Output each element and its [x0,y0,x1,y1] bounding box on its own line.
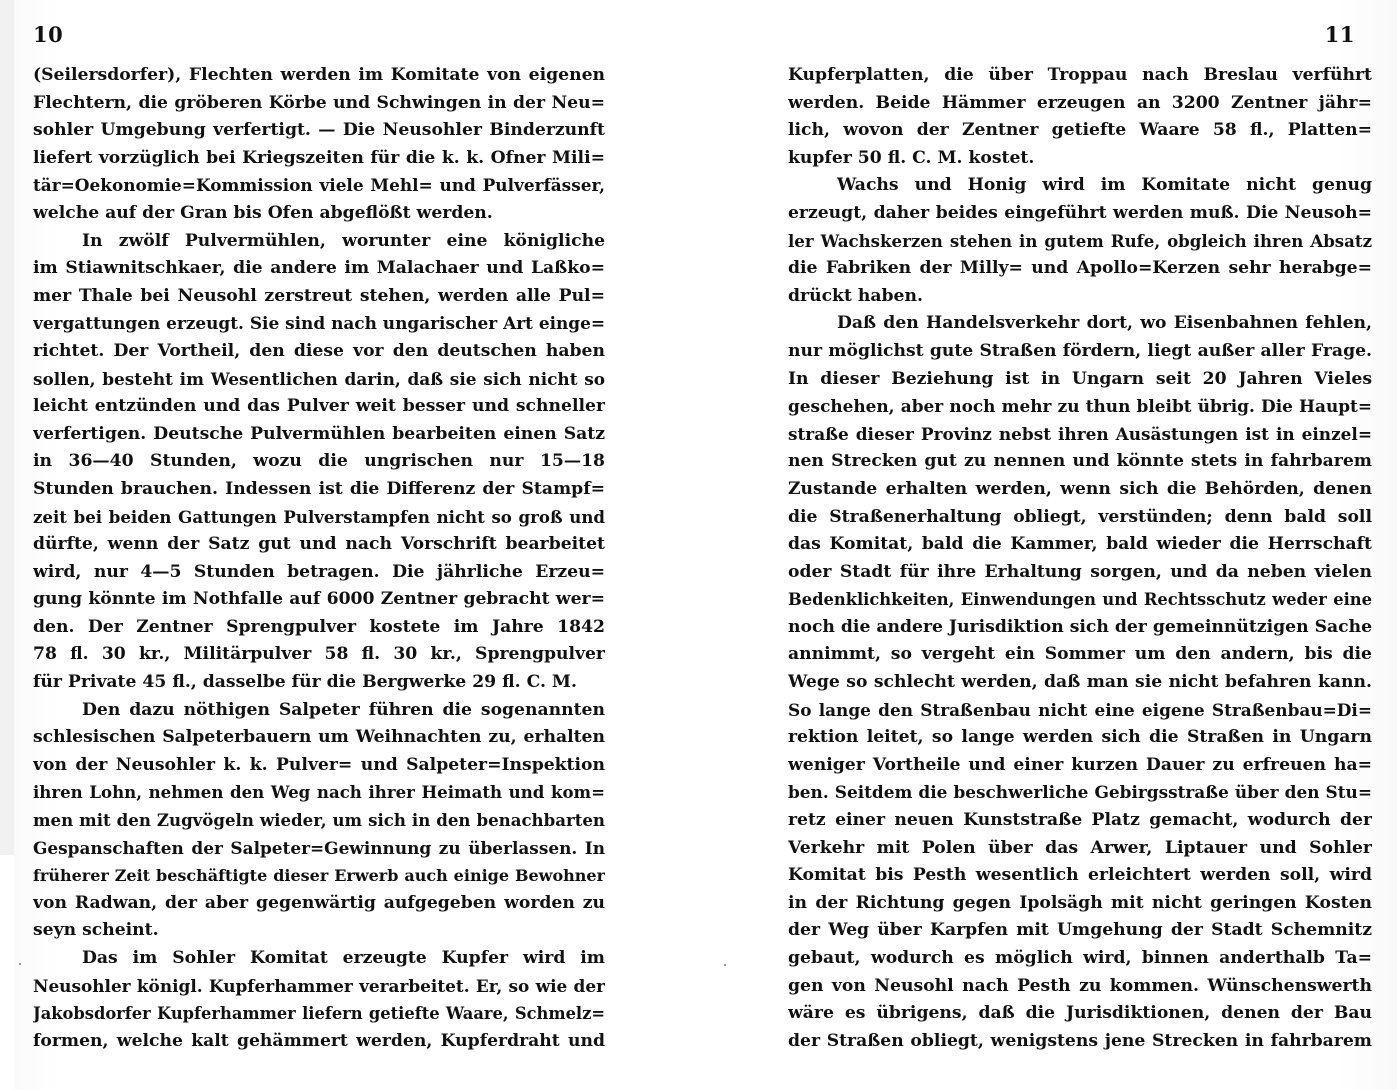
text-line: men mit den Zugvögeln wieder, um sich in… [33,807,605,835]
text-line: dürfte, wenn der Satz gut und nach Vorsc… [33,531,605,559]
right-page-body-text: Kupferplatten, die über Troppau nach Bre… [788,62,1372,1055]
text-line: In dieser Beziehung ist in Ungarn seit 2… [788,366,1372,394]
text-line: im Stiawnitschkaer, die andere im Malach… [33,255,605,283]
text-line: verfertigen. Deutsche Pulvermühlen bearb… [33,421,605,449]
text-line: den. Der Zentner Sprengpulver kostete im… [33,614,605,642]
text-line: liefert vorzüglich bei Kriegszeiten für … [33,145,605,173]
page-number-left: 10 [33,22,63,47]
text-line: der Straßen obliegt, wenigstens jene Str… [788,1028,1372,1056]
text-line: in der Richtung gegen Ipolsägh mit nicht… [788,890,1372,918]
paragraph-first-line: In zwölf Pulvermühlen, worunter eine kön… [33,228,605,256]
text-line: noch die andere Jurisdiktion sich der ge… [788,614,1372,642]
text-line: rektion leitet, so lange werden sich die… [788,724,1372,752]
text-line: So lange den Straßenbau nicht eine eigen… [788,697,1372,725]
text-line: wird, nur 4—5 Stunden betragen. Die jähr… [33,559,605,587]
text-line: (Seilersdorfer), Flechten werden im Komi… [33,62,605,90]
text-line: leicht entzünden und das Pulver weit bes… [33,393,605,421]
text-line: Bedenklichkeiten, Einwendungen und Recht… [788,586,1372,614]
left-page-body-text: (Seilersdorfer), Flechten werden im Komi… [33,62,605,1055]
paragraph-first-line: Daß den Handelsverkehr dort, wo Eisenbah… [788,310,1372,338]
text-line: Verkehr mit Polen über das Arwer, Liptau… [788,835,1372,863]
text-line: Stunden brauchen. Indessen ist die Diffe… [33,476,605,504]
text-line: Zustande erhalten werden, wenn sich die … [788,476,1372,504]
text-line: oder Stadt für ihre Erhaltung sorgen, un… [788,559,1372,587]
text-line: sollen, besteht im Wesentlichen darin, d… [33,366,605,394]
text-line: für Private 45 fl., dasselbe für die Ber… [33,669,605,697]
text-line: ler Wachskerzen stehen in gutem Rufe, ob… [788,228,1372,256]
text-line: wäre es übrigens, daß die Jurisdiktionen… [788,1000,1372,1028]
text-line: früherer Zeit beschäftigte dieser Erwerb… [33,862,605,890]
text-line: welche auf der Gran bis Ofen abgeflößt w… [33,200,605,228]
text-line: schlesischen Salpeterbauern um Weihnacht… [33,724,605,752]
book-spread: 10 (Seilersdorfer), Flechten werden im K… [0,0,1397,1090]
left-page: 10 (Seilersdorfer), Flechten werden im K… [0,0,700,1090]
text-line: Komitat bis Pesth wesentlich erleichtert… [788,862,1372,890]
right-page: 11 Kupferplatten, die über Troppau nach … [700,0,1397,1090]
text-line: geschehen, aber noch mehr zu thun bleibt… [788,393,1372,421]
text-line: sohler Umgebung verfertigt. — Die Neusoh… [33,117,605,145]
text-line: von der Neusohler k. k. Pulver= und Salp… [33,752,605,780]
text-line: ihren Lohn, nehmen den Weg nach ihrer He… [33,779,605,807]
scan-speck [19,963,21,965]
page-number-right: 11 [1325,22,1355,47]
text-line: richtet. Der Vortheil, den diese vor den… [33,338,605,366]
paragraph-first-line: Das im Sohler Komitat erzeugte Kupfer wi… [33,945,605,973]
text-line: drückt haben. [788,283,1372,311]
text-line: in 36—40 Stunden, wozu die ungrischen nu… [33,448,605,476]
text-line: die Straßenerhaltung obliegt, verstünden… [788,504,1372,532]
text-line: straße dieser Provinz nebst ihren Ausäst… [788,421,1372,449]
text-line: gebaut, wodurch es möglich wird, binnen … [788,945,1372,973]
text-line: das Komitat, bald die Kammer, bald wiede… [788,531,1372,559]
text-line: gen von Neusohl nach Pesth zu kommen. Wü… [788,973,1372,1001]
text-line: werden. Beide Hämmer erzeugen an 3200 Ze… [788,90,1372,118]
paragraph-first-line: Den dazu nöthigen Salpeter führen die so… [33,697,605,725]
text-line: weniger Vortheile und einer kurzen Dauer… [788,752,1372,780]
text-line: Flechtern, die gröberen Körbe und Schwin… [33,90,605,118]
scan-speck [724,964,726,966]
text-line: kupfer 50 fl. C. M. kostet. [788,145,1372,173]
text-line: nur möglichst gute Straßen fördern, lieg… [788,338,1372,366]
text-line: nen Strecken gut zu nennen und könnte st… [788,448,1372,476]
text-line: erzeugt, daher beides eingeführt werden … [788,200,1372,228]
text-line: Wege so schlecht werden, daß man sie nic… [788,669,1372,697]
paragraph-first-line: Wachs und Honig wird im Komitate nicht g… [788,172,1372,200]
scan-edge-shadow [0,0,14,855]
text-line: tär=Oekonomie=Kommission viele Mehl= und… [33,172,605,200]
text-line: 78 fl. 30 kr., Militärpulver 58 fl. 30 k… [33,641,605,669]
text-line: von Radwan, der aber gegenwärtig aufgege… [33,890,605,918]
text-line: der Weg über Karpfen mit Umgehung der St… [788,917,1372,945]
text-line: zeit bei beiden Gattungen Pulverstampfen… [33,504,605,532]
text-line: ben. Seitdem die beschwerliche Gebirgsst… [788,779,1372,807]
text-line: Gespanschaften der Salpeter=Gewinnung zu… [33,835,605,863]
text-line: die Fabriken der Milly= und Apollo=Kerze… [788,255,1372,283]
text-line: lich, wovon der Zentner getiefte Waare 5… [788,117,1372,145]
text-line: vergattungen erzeugt. Sie sind nach unga… [33,310,605,338]
text-line: seyn scheint. [33,917,605,945]
text-line: mer Thale bei Neusohl zerstreut stehen, … [33,283,605,311]
text-line: Neusohler königl. Kupferhammer verarbeit… [33,973,605,1001]
text-line: formen, welche kalt gehämmert werden, Ku… [33,1028,605,1056]
text-line: annimmt, so vergeht ein Sommer um den an… [788,641,1372,669]
scan-edge-white [0,855,14,1090]
text-line: retz einer neuen Kunststraße Platz gemac… [788,807,1372,835]
text-line: gung könnte im Nothfalle auf 6000 Zentne… [33,586,605,614]
text-line: Jakobsdorfer Kupferhammer liefern getief… [33,1000,605,1028]
text-line: Kupferplatten, die über Troppau nach Bre… [788,62,1372,90]
